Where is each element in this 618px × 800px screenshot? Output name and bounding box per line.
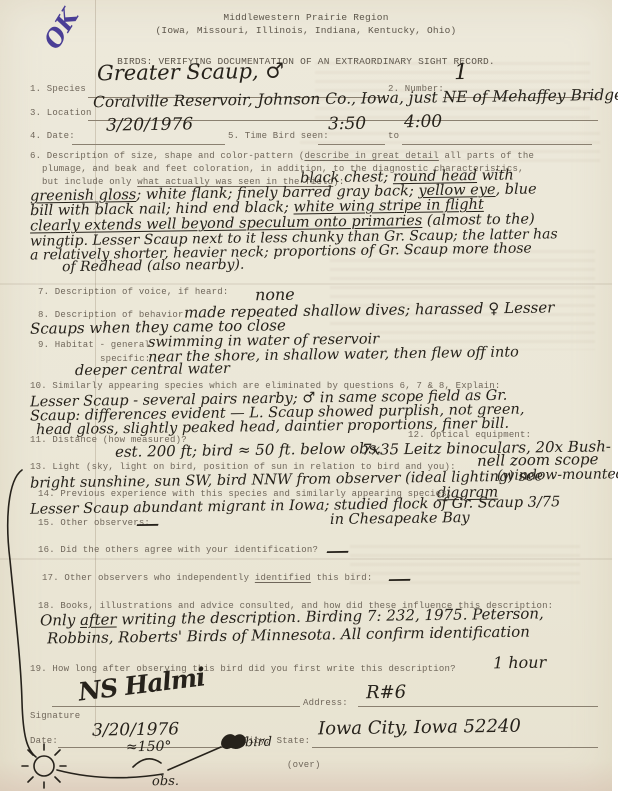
description-hw-line7: of Redhead (also nearby). bbox=[62, 258, 245, 275]
signature-date-label: Date: bbox=[30, 736, 58, 746]
writeup-delay-value: 1 hour bbox=[493, 655, 546, 672]
other-observers-label: 15. Other observers: bbox=[38, 518, 150, 528]
over-note: (over) bbox=[287, 760, 321, 770]
description-label-3a: but include only bbox=[42, 177, 137, 187]
time-from-blank-line bbox=[318, 144, 385, 145]
description-label-1a: 6. Description of size, shape and color-… bbox=[30, 151, 304, 161]
bleed-through bbox=[350, 545, 580, 585]
voice-label: 7. Description of voice, if heard: bbox=[38, 287, 228, 297]
agree-dash: — bbox=[325, 544, 349, 559]
independent-observers-label-b: identified bbox=[255, 573, 311, 583]
other-observers-value: — bbox=[140, 517, 155, 532]
description-label-1b: describe in great detail bbox=[304, 151, 438, 161]
bird-label: bird bbox=[245, 736, 272, 749]
habitat-specific-value2: deeper central water bbox=[75, 362, 230, 379]
books-hw-1b: after bbox=[80, 610, 117, 629]
time-to-blank-line bbox=[402, 144, 592, 145]
species-value: Greater Scaup, ♂ bbox=[97, 61, 284, 85]
address-label: Address: bbox=[303, 698, 348, 708]
habitat-general-label: 9. Habitat - general: bbox=[38, 340, 156, 350]
location-label: 3. Location bbox=[30, 108, 92, 118]
observer-label: obs. bbox=[152, 775, 179, 788]
address-blank-line bbox=[358, 706, 598, 707]
voice-value: none bbox=[255, 287, 295, 304]
signature-date-value: 3/20/1976 bbox=[92, 721, 179, 739]
independent-observers-label-a: 17. Other observers who independently bbox=[42, 573, 255, 583]
region-states: (Iowa, Missouri, Illinois, Indiana, Kent… bbox=[0, 25, 612, 36]
experience-hw-line2: in Chesapeake Bay bbox=[330, 511, 470, 527]
observer-to-bird-line bbox=[168, 747, 221, 770]
angle-label: ≈150° bbox=[126, 740, 172, 755]
paper-sheet: OK Middlewestern Prairie Region (Iowa, M… bbox=[0, 0, 612, 791]
date-blank-line bbox=[72, 144, 225, 145]
number-value: 1 bbox=[454, 62, 468, 84]
angle-arc bbox=[133, 759, 161, 767]
date-value: 3/20/1976 bbox=[106, 116, 193, 134]
signature-blank-line bbox=[52, 706, 300, 707]
distance-value: est. 200 ft; bird ≈ 50 ft. below obs. bbox=[115, 441, 381, 460]
writeup-delay-label: 19. How long after observing this bird d… bbox=[30, 664, 456, 674]
books-hw-line2: Robbins, Roberts' Birds of Minnesota. Al… bbox=[47, 625, 530, 647]
sun-to-observer-line bbox=[57, 770, 163, 778]
independent-observers-label: 17. Other observers who independently id… bbox=[42, 573, 372, 583]
agree-label: 16. Did the others agree with your ident… bbox=[38, 545, 318, 555]
description-label-1c: all parts of the bbox=[439, 151, 534, 161]
description-hw-2d: , blue bbox=[495, 181, 536, 198]
independent-observers-label-c: this bird: bbox=[311, 573, 373, 583]
city-state-value: Iowa City, Iowa 52240 bbox=[318, 718, 521, 739]
city-state-blank-line bbox=[312, 747, 598, 748]
description-label-line1: 6. Description of size, shape and color-… bbox=[30, 151, 534, 161]
address-value: R#6 bbox=[366, 684, 406, 703]
time-to-word: to bbox=[388, 131, 399, 141]
independent-observers-value: — bbox=[392, 572, 407, 587]
time-seen-label: 5. Time Bird seen: bbox=[228, 131, 329, 141]
sun-icon bbox=[22, 744, 66, 788]
scanned-form-page: OK Middlewestern Prairie Region (Iowa, M… bbox=[0, 0, 618, 800]
signature-label: Signature bbox=[30, 711, 80, 721]
time-from-value: 3:50 bbox=[328, 116, 366, 134]
other-observers-dash: — bbox=[135, 517, 159, 532]
date-label: 4. Date: bbox=[30, 131, 75, 141]
form-title: BIRDS: VERIFYING DOCUMENTATION OF AN EXT… bbox=[0, 56, 612, 67]
independent-observers-dash: — bbox=[387, 572, 411, 587]
agree-value: — bbox=[330, 544, 345, 559]
region-title: Middlewestern Prairie Region bbox=[0, 12, 612, 23]
books-hw-1a: Only bbox=[40, 611, 80, 630]
species-label: 1. Species bbox=[30, 84, 86, 94]
time-to-value: 4:00 bbox=[404, 114, 442, 132]
